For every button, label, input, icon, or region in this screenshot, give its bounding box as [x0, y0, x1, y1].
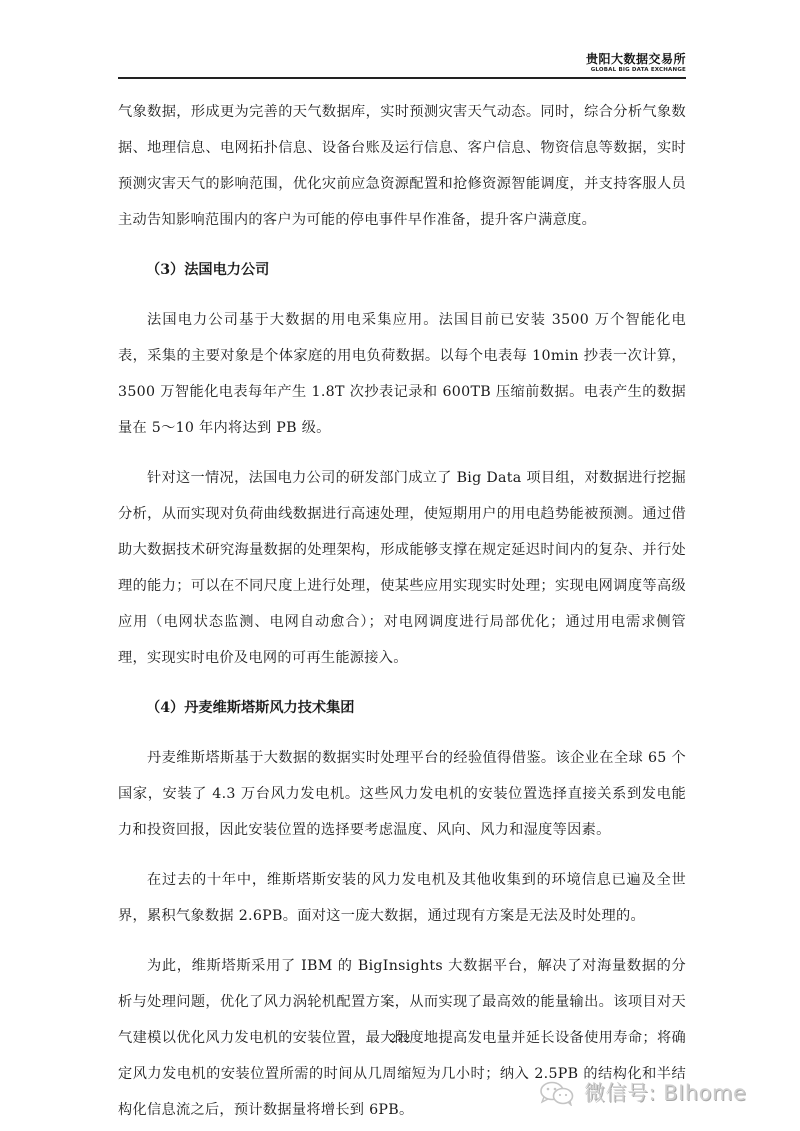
document-body: 气象数据，形成更为完善的天气数据库，实时预测灾害天气动态。同时，综合分析气象数据…: [118, 94, 686, 1128]
spacer: [118, 676, 686, 690]
spacer: [118, 446, 686, 460]
brand-name-en: GLOBAL BIG DATA EXCHANGE: [586, 66, 686, 74]
header-brand-logo: 贵阳大数据交易所 GLOBAL BIG DATA EXCHANGE: [586, 52, 686, 74]
wechat-watermark: 微信号: BIhome: [538, 1077, 746, 1107]
watermark-text: 微信号: BIhome: [584, 1077, 746, 1107]
paragraph-weather-data: 气象数据，形成更为完善的天气数据库，实时预测灾害天气动态。同时，综合分析气象数据…: [118, 94, 686, 238]
section-heading-3: （3）法国电力公司: [118, 252, 686, 288]
wechat-icon: [538, 1080, 578, 1104]
brand-name-cn: 贵阳大数据交易所: [586, 52, 686, 66]
paragraph-edf-meters: 法国电力公司基于大数据的用电采集应用。法国目前已安装 3500 万个智能化电表，…: [118, 302, 686, 446]
paragraph-edf-bigdata: 针对这一情况，法国电力公司的研发部门成立了 Big Data 项目组，对数据进行…: [118, 460, 686, 676]
spacer: [118, 288, 686, 302]
spacer: [118, 238, 686, 252]
spacer: [118, 934, 686, 948]
section-heading-4: （4）丹麦维斯塔斯风力技术集团: [118, 690, 686, 726]
spacer: [118, 726, 686, 740]
header-divider: [118, 77, 686, 79]
paragraph-vestas-intro: 丹麦维斯塔斯基于大数据的数据实时处理平台的经验值得借鉴。该企业在全球 65 个国…: [118, 740, 686, 848]
spacer: [118, 848, 686, 862]
paragraph-vestas-data: 在过去的十年中，维斯塔斯安装的风力发电机及其他收集到的环境信息已遍及全世界，累积…: [118, 862, 686, 934]
page-header: 贵阳大数据交易所 GLOBAL BIG DATA EXCHANGE: [118, 52, 686, 80]
page-number: 272: [0, 1032, 800, 1045]
